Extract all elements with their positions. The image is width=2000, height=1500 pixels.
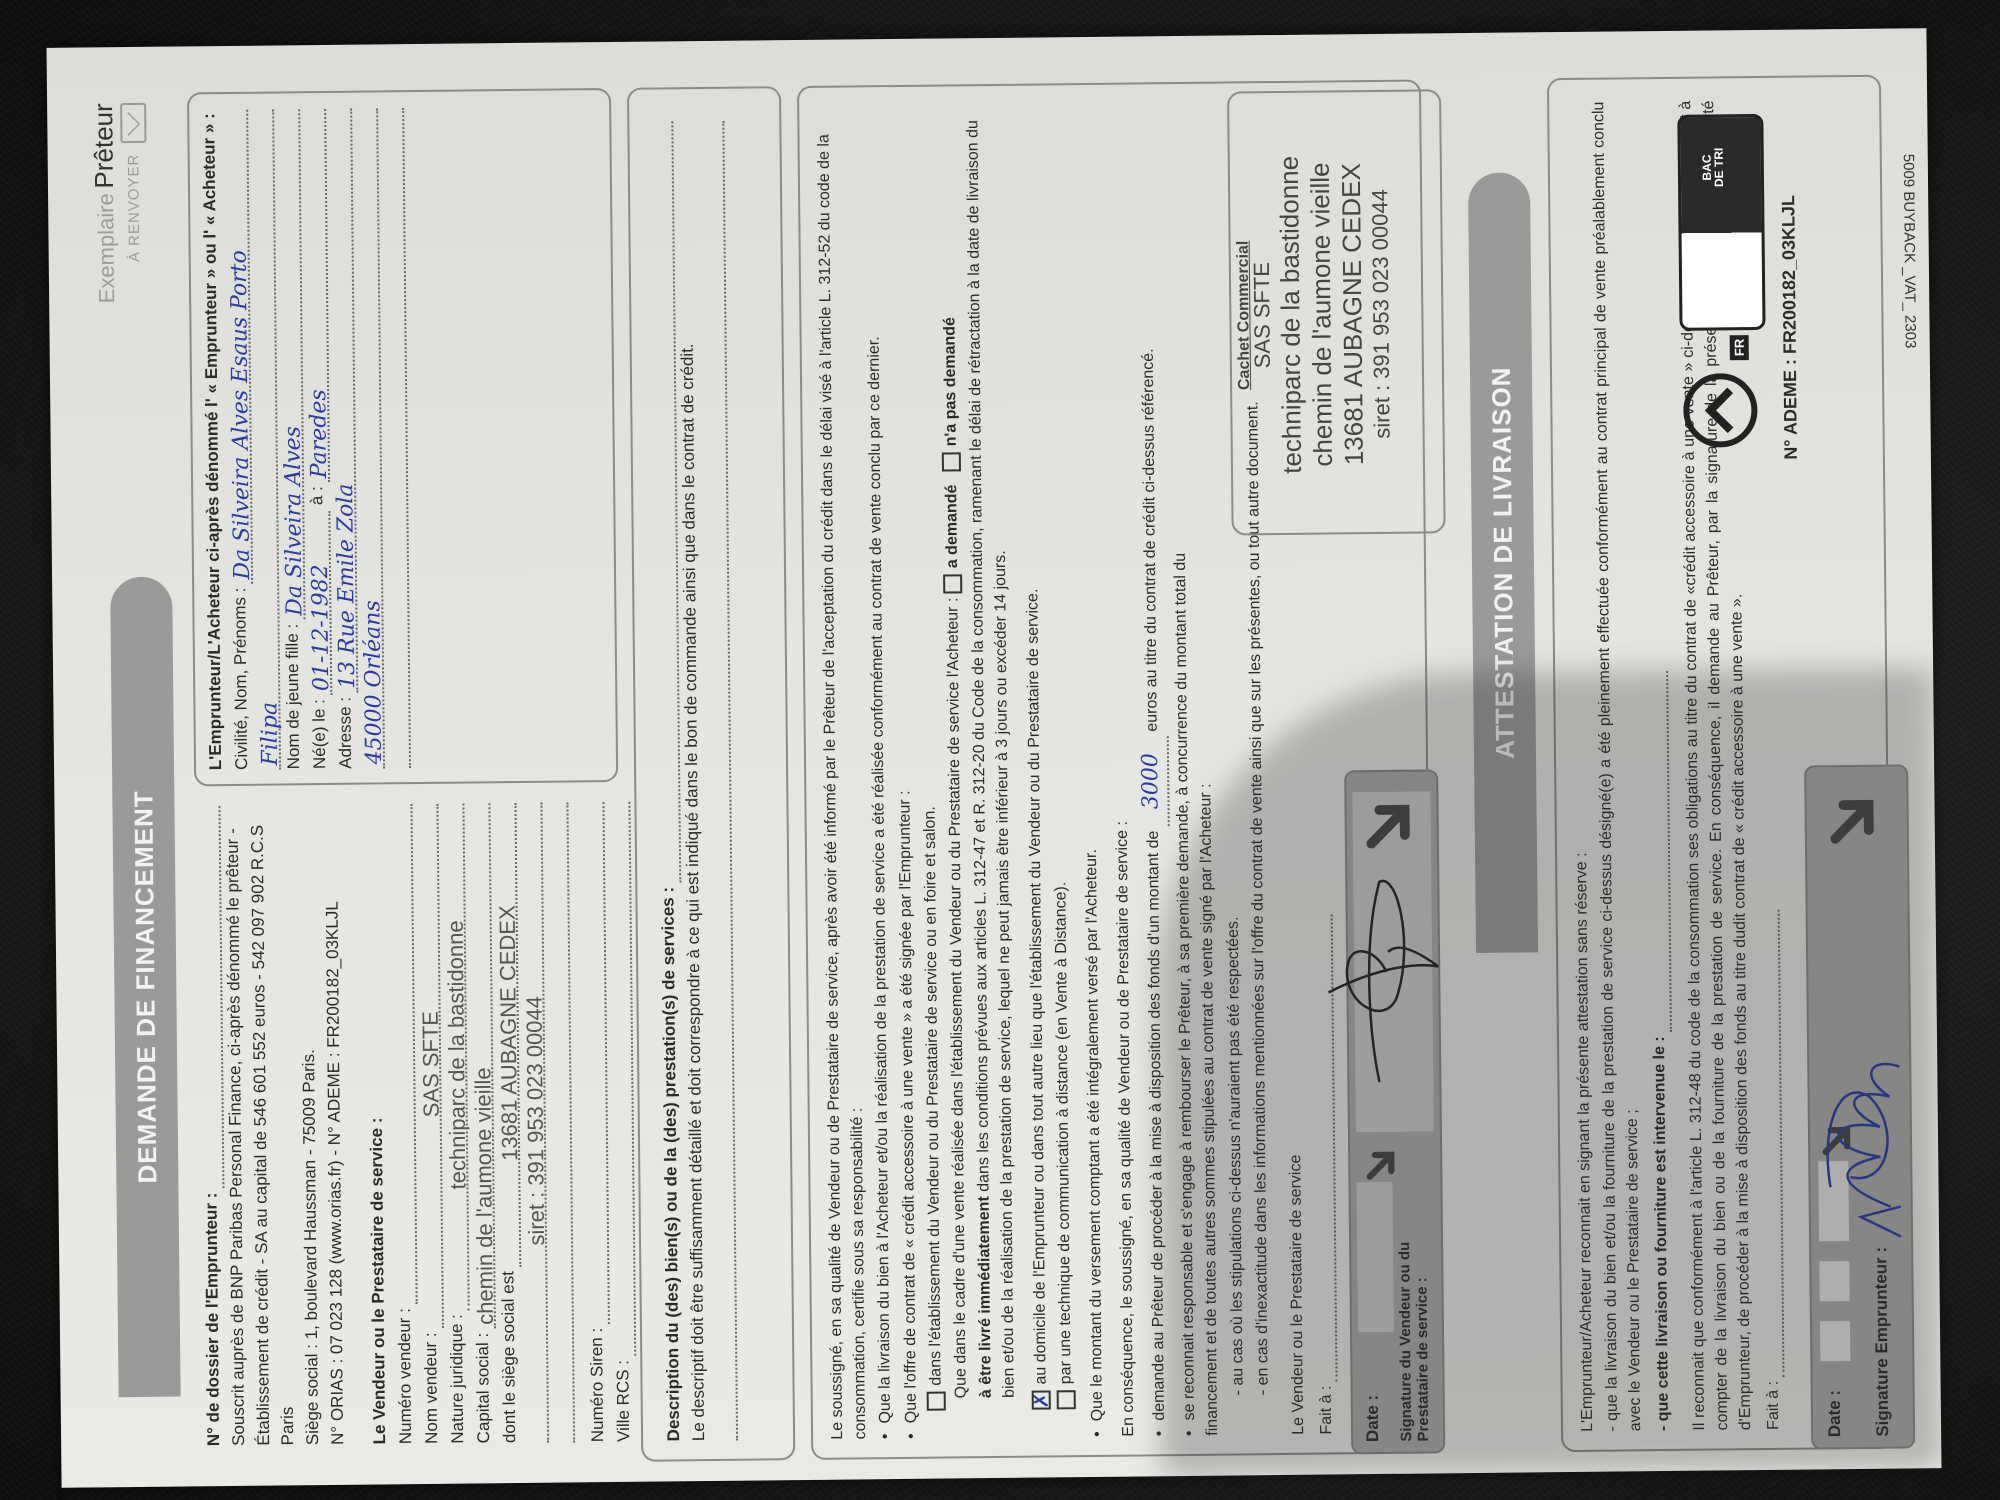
nature-juridique-label: Nature juridique : [445,1314,471,1444]
exemplaire-preteur: Prêteur [88,103,119,189]
date-label-vendeur: Date : [1363,1395,1383,1442]
fait-a-label-emprunteur: Fait à : [1762,1381,1786,1430]
nom-vendeur-label: Nom vendeur : [419,1332,445,1444]
dossier-line-2: Établissement de crédit - SA au capital … [245,805,301,1445]
civilite-label: Civilité, Nom, Prénoms : [228,587,255,770]
ville-rcs-label: Ville RCS : [611,1360,636,1442]
arrow-down-right-icon [1362,796,1419,853]
vendeur-signature [1307,871,1449,1092]
ne-le-label: Né(e) le : [307,699,332,769]
declaration-bullet-3: Que le montant du versement comptant a é… [1072,107,1109,1437]
ville-rcs-field[interactable] [604,802,636,1356]
fait-a-field-emprunteur[interactable] [1754,910,1785,1377]
checkbox-distance[interactable] [1057,1390,1076,1409]
checkbox-etablissement[interactable] [927,1392,946,1411]
bac-de-tri-label: BAC DE TRI [1701,147,1725,187]
section-title-demande: DEMANDE DE FINANCEMENT [110,577,181,1398]
dossier-block: N° de dossier de l'Emprunteur : Souscrit… [194,802,637,1447]
a-demande-label: a demandé [943,485,961,569]
option-distance: par une technique de communication à dis… [1052,882,1074,1385]
signature-label-vendeur: Signature du Vendeur ou du Prestataire d… [1397,1201,1433,1441]
triman-recycle-icon [1680,370,1761,451]
checkbox-na-pas-demande[interactable] [942,452,961,471]
emprunteur-signature-panel[interactable]: Date : Signature Emprunteur : [1804,764,1915,1449]
siege-social-label: dont le siège social est [497,1271,523,1443]
montant-suffix: euros au titre du contrat de crédit ci-d… [1140,348,1161,731]
date-label-emprunteur: Date : [1825,1390,1845,1437]
section-title-attestation: ATTESTATION DE LIVRAISON [1468,172,1538,953]
ne-a-label: à : [305,486,330,505]
dossier-title: N° de dossier de l'Emprunteur : [200,1192,227,1446]
cachet-commercial: Cachet Commercial SAS SFTE techniparc de… [1233,104,1396,526]
option-etablissement-sub: Que dans le cadre d'une vente réalisée d… [944,598,969,1399]
fait-a-label: Fait à : [1314,1386,1338,1435]
bac-de-tri-icon: BAC DE TRI [1677,114,1765,331]
adresse-label: Adresse : [333,697,358,769]
arrow-down-right-icon [1364,1146,1400,1182]
na-pas-demande-label: n'a pas demandé [941,317,959,446]
ne-le-field[interactable]: 01-12-1982 [304,511,332,695]
ademe-number: N° ADEME : FR200182_03KLJL [1778,195,1802,460]
nom-jeune-fille-label: Nom de jeune fille : [281,624,307,770]
document-code: 5009 BUYBACK _VAT_ 2303 [1900,154,1919,349]
capital-social-label: Capital social : [471,1333,497,1444]
ne-a-field[interactable]: Paredes [300,109,330,482]
declaration-bullet-5: se reconnait responsable et s'engage à r… [1169,536,1225,1436]
date-month-box[interactable] [1819,1261,1849,1301]
cachet-line-5: siret : 391 953 023 00044 [1366,104,1396,524]
recycling-logos: FR BAC DE TRI N° ADEME : FR200182_03KLJL [1667,89,1831,461]
a-renvoyer-label: À RENVOYER [125,154,143,263]
date-day-box[interactable] [1820,1321,1850,1361]
arrow-down-right-icon [1826,791,1883,848]
cachet-line-2: techniparc de la bastidonne [1273,105,1308,525]
numero-vendeur-label: Numéro vendeur : [393,1308,419,1444]
siren-label: Numéro Siren : [585,1328,611,1443]
livre-immediatement-label: à être livré immédiatement [976,1196,995,1398]
copy-label: Exemplaire Prêteur À RENVOYER [87,103,148,304]
cachet-line-3: chemin de l'aumone vieille [1304,104,1339,524]
date-livraison-field[interactable] [1642,671,1672,1033]
emprunteur-signature [1799,1046,1921,1247]
exemplaire-label: Exemplaire [93,193,119,303]
checkbox-a-demande[interactable] [943,574,962,593]
option-etablissement: dans l'établissement du Vendeur ou du Pr… [921,806,944,1386]
montant-field[interactable]: 3000 [1135,736,1170,826]
envelope-icon [120,103,146,143]
signature-label-emprunteur: Signature Emprunteur : [1871,1247,1893,1437]
vendeur-signature-panel[interactable]: Date : Signature du Vendeur ou du Presta… [1344,769,1445,1454]
option-domicile: au domicile de l'Emprunteur ou dans tout… [1024,589,1049,1385]
cachet-line-4: 13681 AUBAGNE CEDEX [1335,104,1370,524]
description-block: Description du (des) bien(s) ou de la (d… [647,121,737,1442]
dossier-number-field[interactable] [194,806,224,1189]
financing-form-sheet: DEMANDE DE FINANCEMENT Exemplaire Prêteu… [47,28,1942,1488]
checkbox-domicile[interactable] [1031,1390,1050,1409]
emprunteur-block: L'Emprunteur/L'Acheteur ci-après dénommé… [197,108,411,770]
montant-label: demande au Prêteur de procéder à la mise… [1145,831,1168,1421]
fr-badge: FR [1730,335,1749,361]
attestation-dash-2: - que cette livraison ou fourniture est … [1648,1036,1675,1431]
